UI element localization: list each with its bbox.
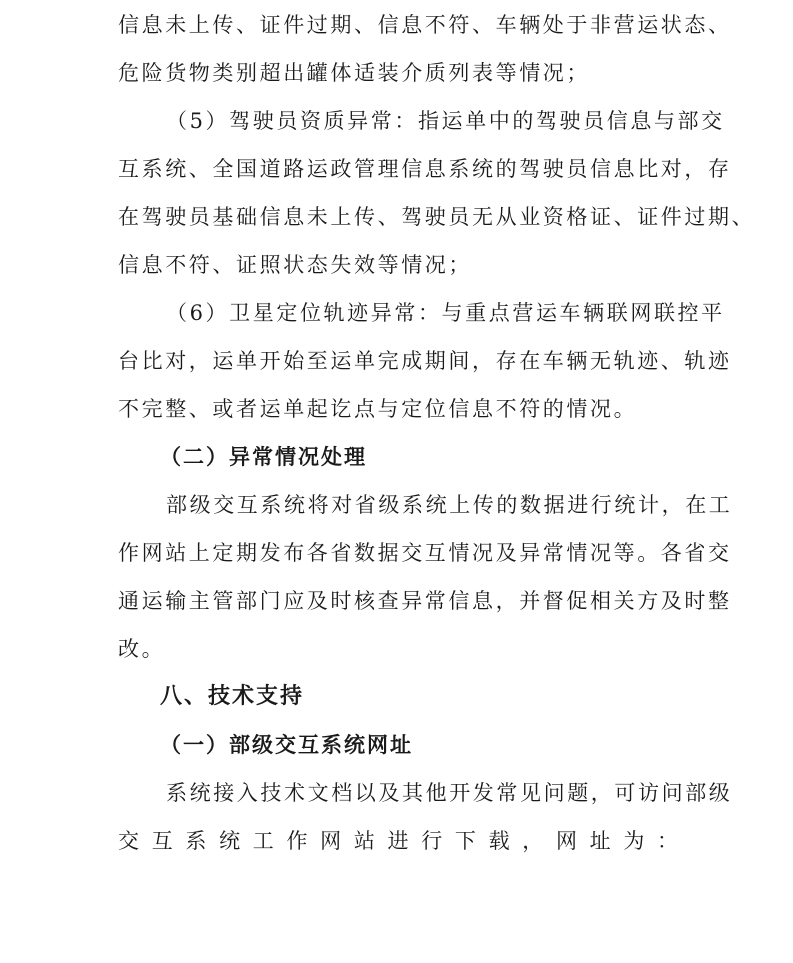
paragraph-line: 互系统、全国道路运政管理信息系统的驾驶员信息比对，存 xyxy=(118,156,678,182)
subsection-heading: （一）部级交互系统网址 xyxy=(160,732,720,758)
paragraph-line: 台比对，运单开始至运单完成期间，存在车辆无轨迹、轨迹 xyxy=(118,348,678,374)
paragraph-line: 系统接入技术文档以及其他开发常见问题，可访问部级 xyxy=(166,780,678,806)
section-heading: （二）异常情况处理 xyxy=(160,444,672,470)
paragraph-line: 作网站上定期发布各省数据交互情况及异常情况等。各省交 xyxy=(118,540,678,566)
char: 址 xyxy=(590,828,611,854)
paragraph-line: 信息未上传、证件过期、信息不符、车辆处于非营运状态、 xyxy=(118,12,678,38)
char: 行 xyxy=(421,828,442,854)
chapter-heading: 八、技术支持 xyxy=(160,684,720,710)
char: 进 xyxy=(388,828,409,854)
paragraph-line: 通运输主管部门应及时核查异常信息，并督促相关方及时整 xyxy=(118,588,678,614)
char: ， xyxy=(522,828,543,854)
char: 载 xyxy=(489,828,510,854)
char: 网 xyxy=(320,828,341,854)
paragraph-line: 危险货物类别超出罐体适装介质列表等情况； xyxy=(118,60,678,86)
paragraph-line: 在驾驶员基础信息未上传、驾驶员无从业资格证、证件过期、 xyxy=(118,204,678,230)
paragraph-line: （5）驾驶员资质异常：指运单中的驾驶员信息与部交 xyxy=(166,108,678,134)
char: 下 xyxy=(455,828,476,854)
paragraph-line: 信息不符、证照状态失效等情况； xyxy=(118,252,678,278)
char: 互 xyxy=(152,828,173,854)
paragraph-line: 部级交互系统将对省级系统上传的数据进行统计，在工 xyxy=(166,492,678,518)
char: 为 xyxy=(623,828,644,854)
char: 交 xyxy=(118,828,139,854)
char: 网 xyxy=(556,828,577,854)
char: ： xyxy=(657,828,678,854)
char: 站 xyxy=(354,828,375,854)
char: 作 xyxy=(286,828,307,854)
char: 系 xyxy=(185,828,206,854)
char: 统 xyxy=(219,828,240,854)
paragraph-line-justified: 交 互 系 统 工 作 网 站 进 行 下 载 ， 网 址 为 ： xyxy=(118,828,678,854)
paragraph-line: 改。 xyxy=(118,636,678,662)
paragraph-line: （6）卫星定位轨迹异常：与重点营运车辆联网联控平 xyxy=(166,300,678,326)
char: 工 xyxy=(253,828,274,854)
paragraph-line: 不完整、或者运单起讫点与定位信息不符的情况。 xyxy=(118,396,678,422)
